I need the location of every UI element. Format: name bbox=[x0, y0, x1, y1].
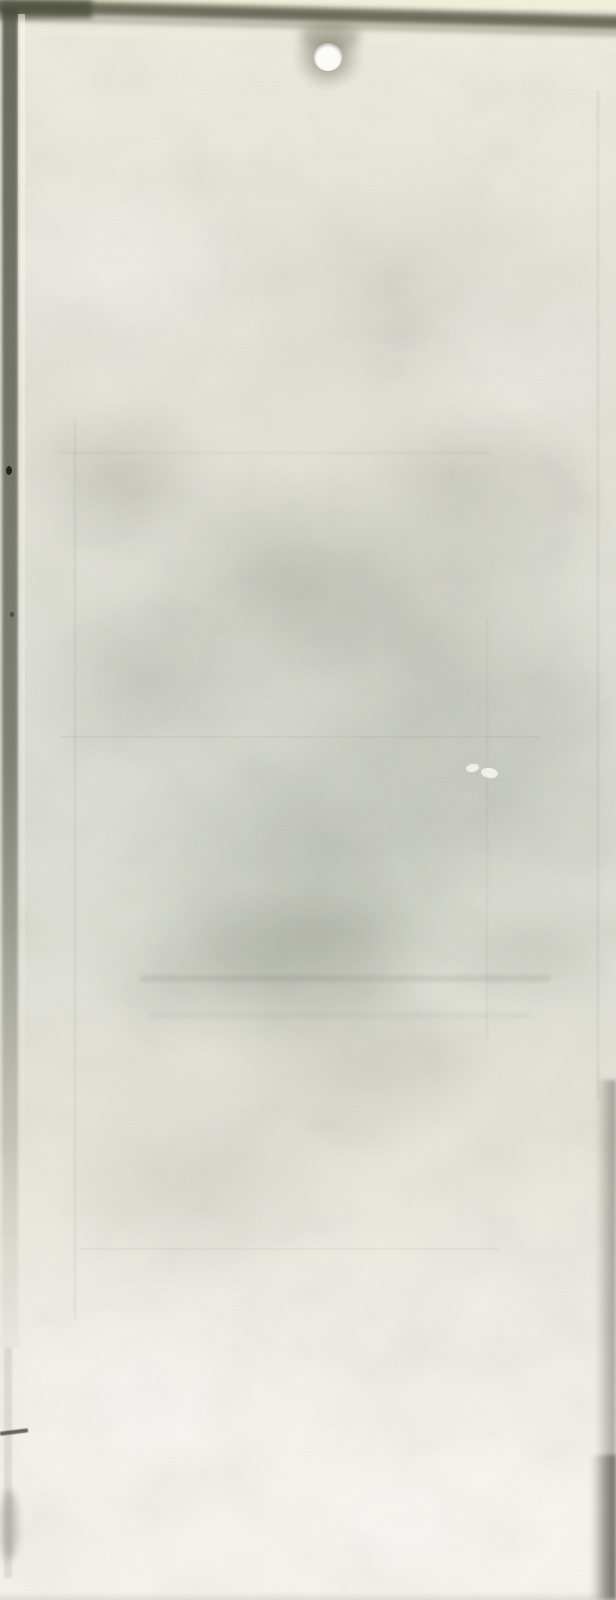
ghost-line-vertical-1 bbox=[74, 420, 76, 1320]
left-edge-highlight bbox=[18, 14, 25, 1314]
ghost-line-horizontal-4 bbox=[150, 1014, 530, 1017]
ghost-line-horizontal-5 bbox=[80, 1248, 500, 1250]
left-edge-shadow bbox=[2, 8, 18, 1348]
scanned-blank-tag bbox=[0, 0, 616, 1600]
worn-highlight-patches bbox=[0, 0, 616, 1600]
ghost-line-horizontal-2 bbox=[60, 736, 540, 738]
right-edge-line bbox=[597, 90, 599, 1100]
punch-hole bbox=[314, 43, 342, 71]
bottom-right-corner-shadow bbox=[590, 1455, 616, 1600]
bottom-left-smudge bbox=[0, 1490, 18, 1560]
edge-speck bbox=[10, 612, 14, 617]
bottom-edge-shade bbox=[0, 1592, 616, 1600]
edge-speck bbox=[6, 466, 12, 475]
ghost-line-horizontal-1 bbox=[60, 452, 490, 454]
ghost-line-horizontal-3 bbox=[140, 976, 550, 981]
